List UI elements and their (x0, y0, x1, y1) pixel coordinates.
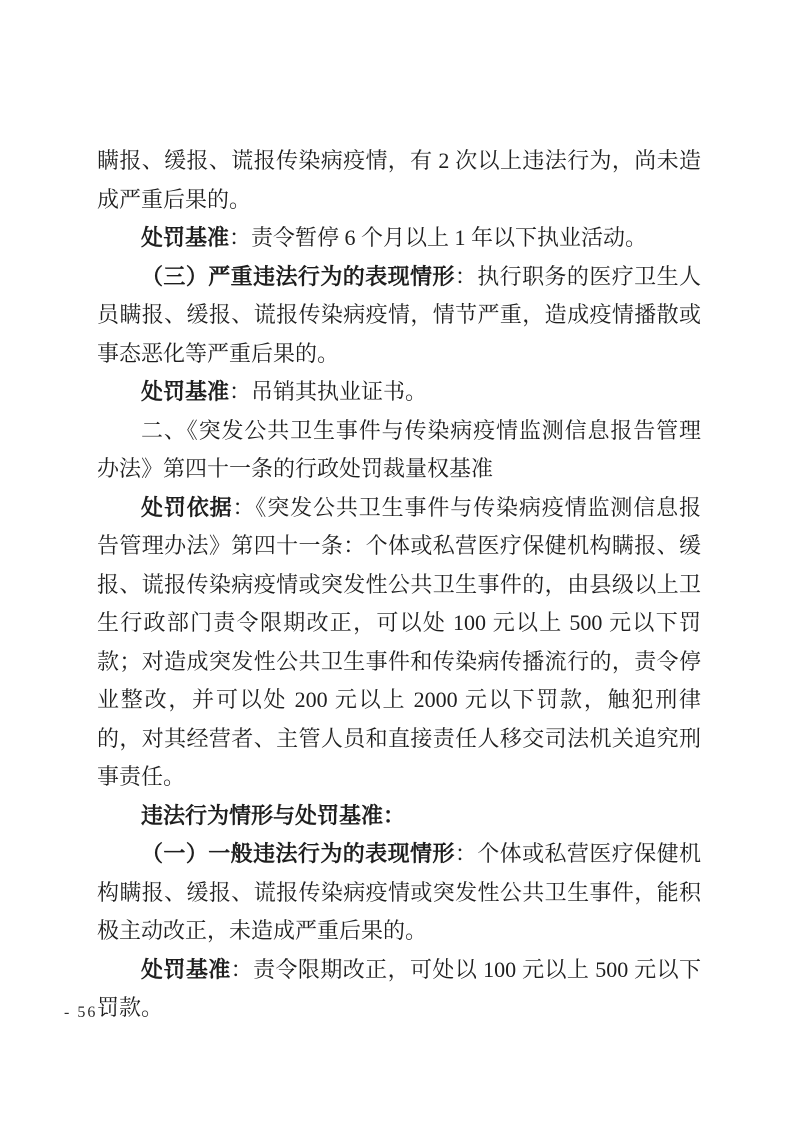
paragraph-2: 处罚基准：责令暂停 6 个月以上 1 年以下执业活动。 (97, 219, 701, 258)
paragraph-1: 瞒报、缓报、谎报传染病疫情，有 2 次以上违法行为，尚未造成严重后果的。 (97, 142, 701, 219)
text-run-bold: 处罚依据 (141, 495, 233, 520)
document-body: 瞒报、缓报、谎报传染病疫情，有 2 次以上违法行为，尚未造成严重后果的。处罚基准… (97, 142, 701, 1028)
text-run-bold: 处罚基准 (141, 225, 229, 250)
text-run: 瞒报、缓报、谎报传染病疫情，有 2 次以上违法行为，尚未造成严重后果的。 (97, 148, 701, 212)
text-run-heading: 二、《突发公共卫生事件与传染病疫情监测信息报告管理办法》第四十一条的行政处罚裁量… (97, 418, 701, 482)
paragraph-3: （三）严重违法行为的表现情形：执行职务的医疗卫生人员瞒报、缓报、谎报传染病疫情，… (97, 258, 701, 374)
page-number: - 56 - (64, 1003, 111, 1023)
text-run: ：责令暂停 6 个月以上 1 年以下执业活动。 (229, 225, 647, 250)
paragraph-9: 处罚基准：责令限期改正，可处以 100 元以上 500 元以下罚款。 (97, 951, 701, 1028)
text-run-bold: （三）严重违法行为的表现情形 (141, 264, 455, 289)
paragraph-6: 处罚依据：《突发公共卫生事件与传染病疫情监测信息报告管理办法》第四十一条：个体或… (97, 489, 701, 797)
text-run-bold: 违法行为情形与处罚基准： (141, 803, 405, 828)
text-run-bold: （一）一般违法行为的表现情形 (141, 841, 455, 866)
text-run: ：吊销其执业证书。 (229, 379, 427, 404)
paragraph-7: 违法行为情形与处罚基准： (97, 797, 701, 836)
text-run-bold: 处罚基准 (141, 957, 231, 982)
paragraph-8: （一）一般违法行为的表现情形：个体或私营医疗保健机构瞒报、缓报、谎报传染病疫情或… (97, 835, 701, 951)
paragraph-5: 二、《突发公共卫生事件与传染病疫情监测信息报告管理办法》第四十一条的行政处罚裁量… (97, 412, 701, 489)
text-run-bold: 处罚基准 (141, 379, 229, 404)
text-run: ：《突发公共卫生事件与传染病疫情监测信息报告管理办法》第四十一条：个体或私营医疗… (97, 495, 701, 790)
document-page: 瞒报、缓报、谎报传染病疫情，有 2 次以上违法行为，尚未造成严重后果的。处罚基准… (0, 0, 793, 1122)
paragraph-4: 处罚基准：吊销其执业证书。 (97, 373, 701, 412)
